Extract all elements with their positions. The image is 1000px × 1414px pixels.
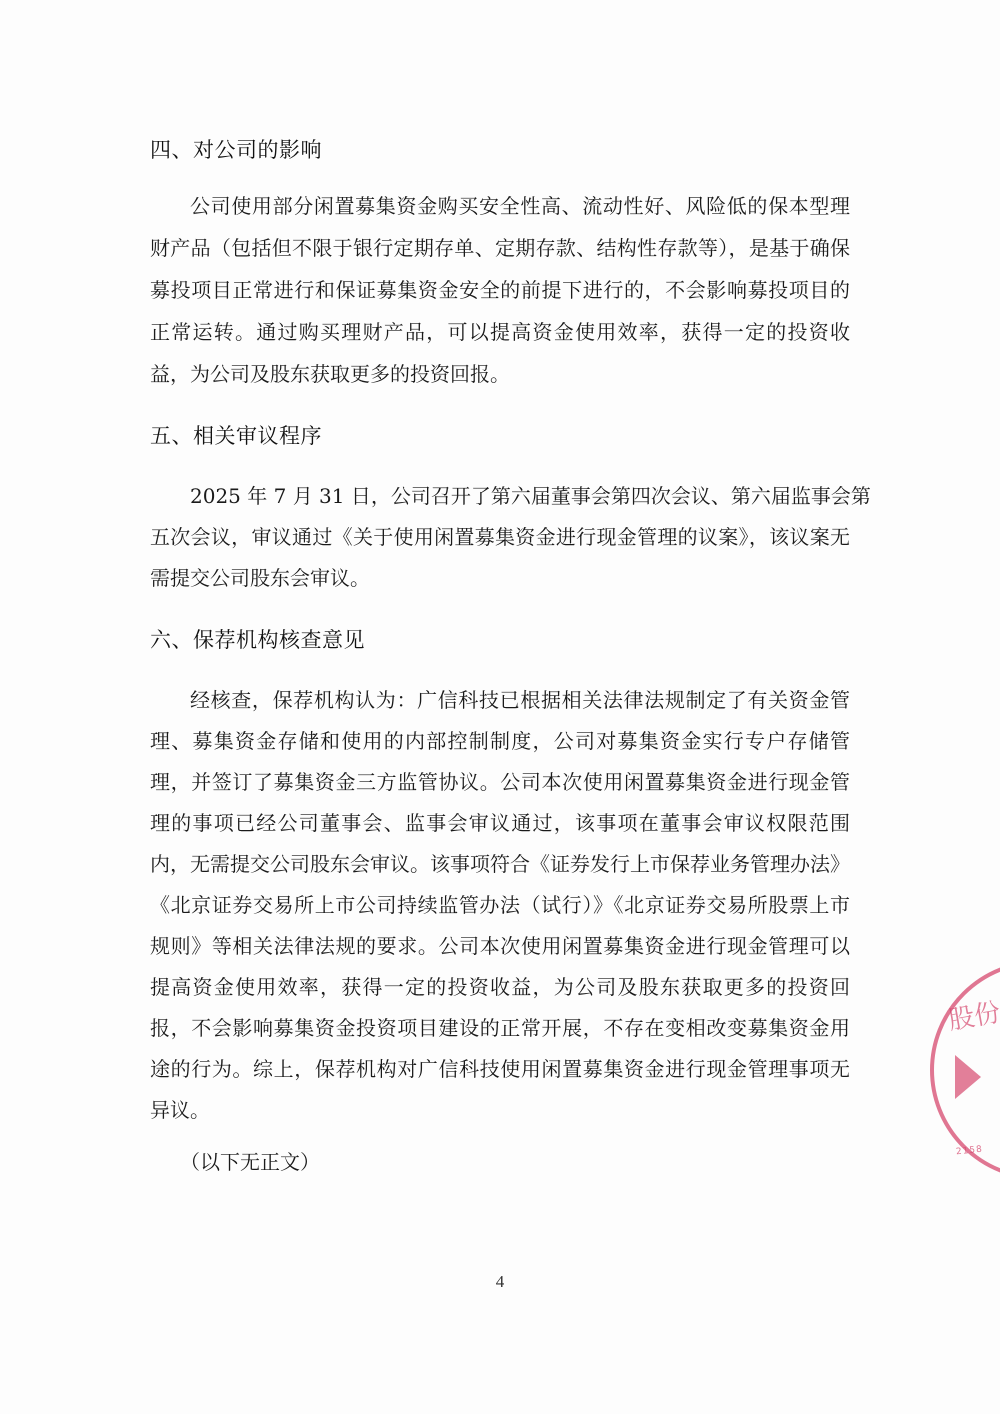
section-heading-impact: 四、对公司的影响 [150,134,322,164]
paragraph-line: 理的事项已经公司董事会、监事会审议通过，该事项在董事会审议权限范围 [150,811,850,835]
paragraph-line: 募投项目正常进行和保证募集资金安全的前提下进行的，不会影响募投项目的 [150,278,850,302]
section-heading-review-procedure: 五、相关审议程序 [150,420,322,450]
paragraph-line: 五次会议，审议通过《关于使用闲置募集资金进行现金管理的议案》，该议案无 [150,525,850,549]
paragraph-line: 内，无需提交公司股东会审议。该事项符合《证券发行上市保荐业务管理办法》 [150,852,850,876]
paragraph-line: 经核查，保荐机构认为：广信科技已根据相关法律法规制定了有关资金管 [190,688,850,712]
paragraph-line: 正常运转。通过购买理财产品，可以提高资金使用效率，获得一定的投资收 [150,320,850,344]
document-page: 四、对公司的影响 公司使用部分闲置募集资金购买安全性高、流动性好、风险低的保本型… [0,0,1000,1414]
paragraph-line: 规则》等相关法律法规的要求。公司本次使用闲置募集资金进行现金管理可以 [150,934,850,958]
closing-note: （以下无正文） [180,1150,320,1174]
paragraph-line: 理、募集资金存储和使用的内部控制制度，公司对募集资金实行专户存储管 [150,729,850,753]
paragraph-line: 理，并签订了募集资金三方监管协议。公司本次使用闲置募集资金进行现金管 [150,770,850,794]
seal-star-icon [955,1055,981,1099]
paragraph-line: 财产品（包括但不限于银行定期存单、定期存款、结构性存款等），是基于确保 [150,236,850,260]
paragraph-line: 公司使用部分闲置募集资金购买安全性高、流动性好、风险低的保本型理 [190,194,850,218]
paragraph-line: 益，为公司及股东获取更多的投资回报。 [150,362,850,386]
paragraph-line: 途的行为。综上，保荐机构对广信科技使用闲置募集资金进行现金管理事项无 [150,1057,850,1081]
page-number: 4 [0,1272,1000,1292]
paragraph-line: 《北京证券交易所上市公司持续监管办法（试行）》《北京证券交易所股票上市 [150,893,850,917]
paragraph-line: 提高资金使用效率，获得一定的投资收益，为公司及股东获取更多的投资回 [150,975,850,999]
section-heading-sponsor-opinion: 六、保荐机构核查意见 [150,624,365,654]
paragraph-line: 2025 年 7 月 31 日，公司召开了第六届董事会第四次会议、第六届监事会第 [190,484,850,508]
paragraph-line: 异议。 [150,1098,850,1122]
paragraph-line: 报，不会影响募集资金投资项目建设的正常开展，不存在变相改变募集资金用 [150,1016,850,1040]
paragraph-line: 需提交公司股东会审议。 [150,566,850,590]
